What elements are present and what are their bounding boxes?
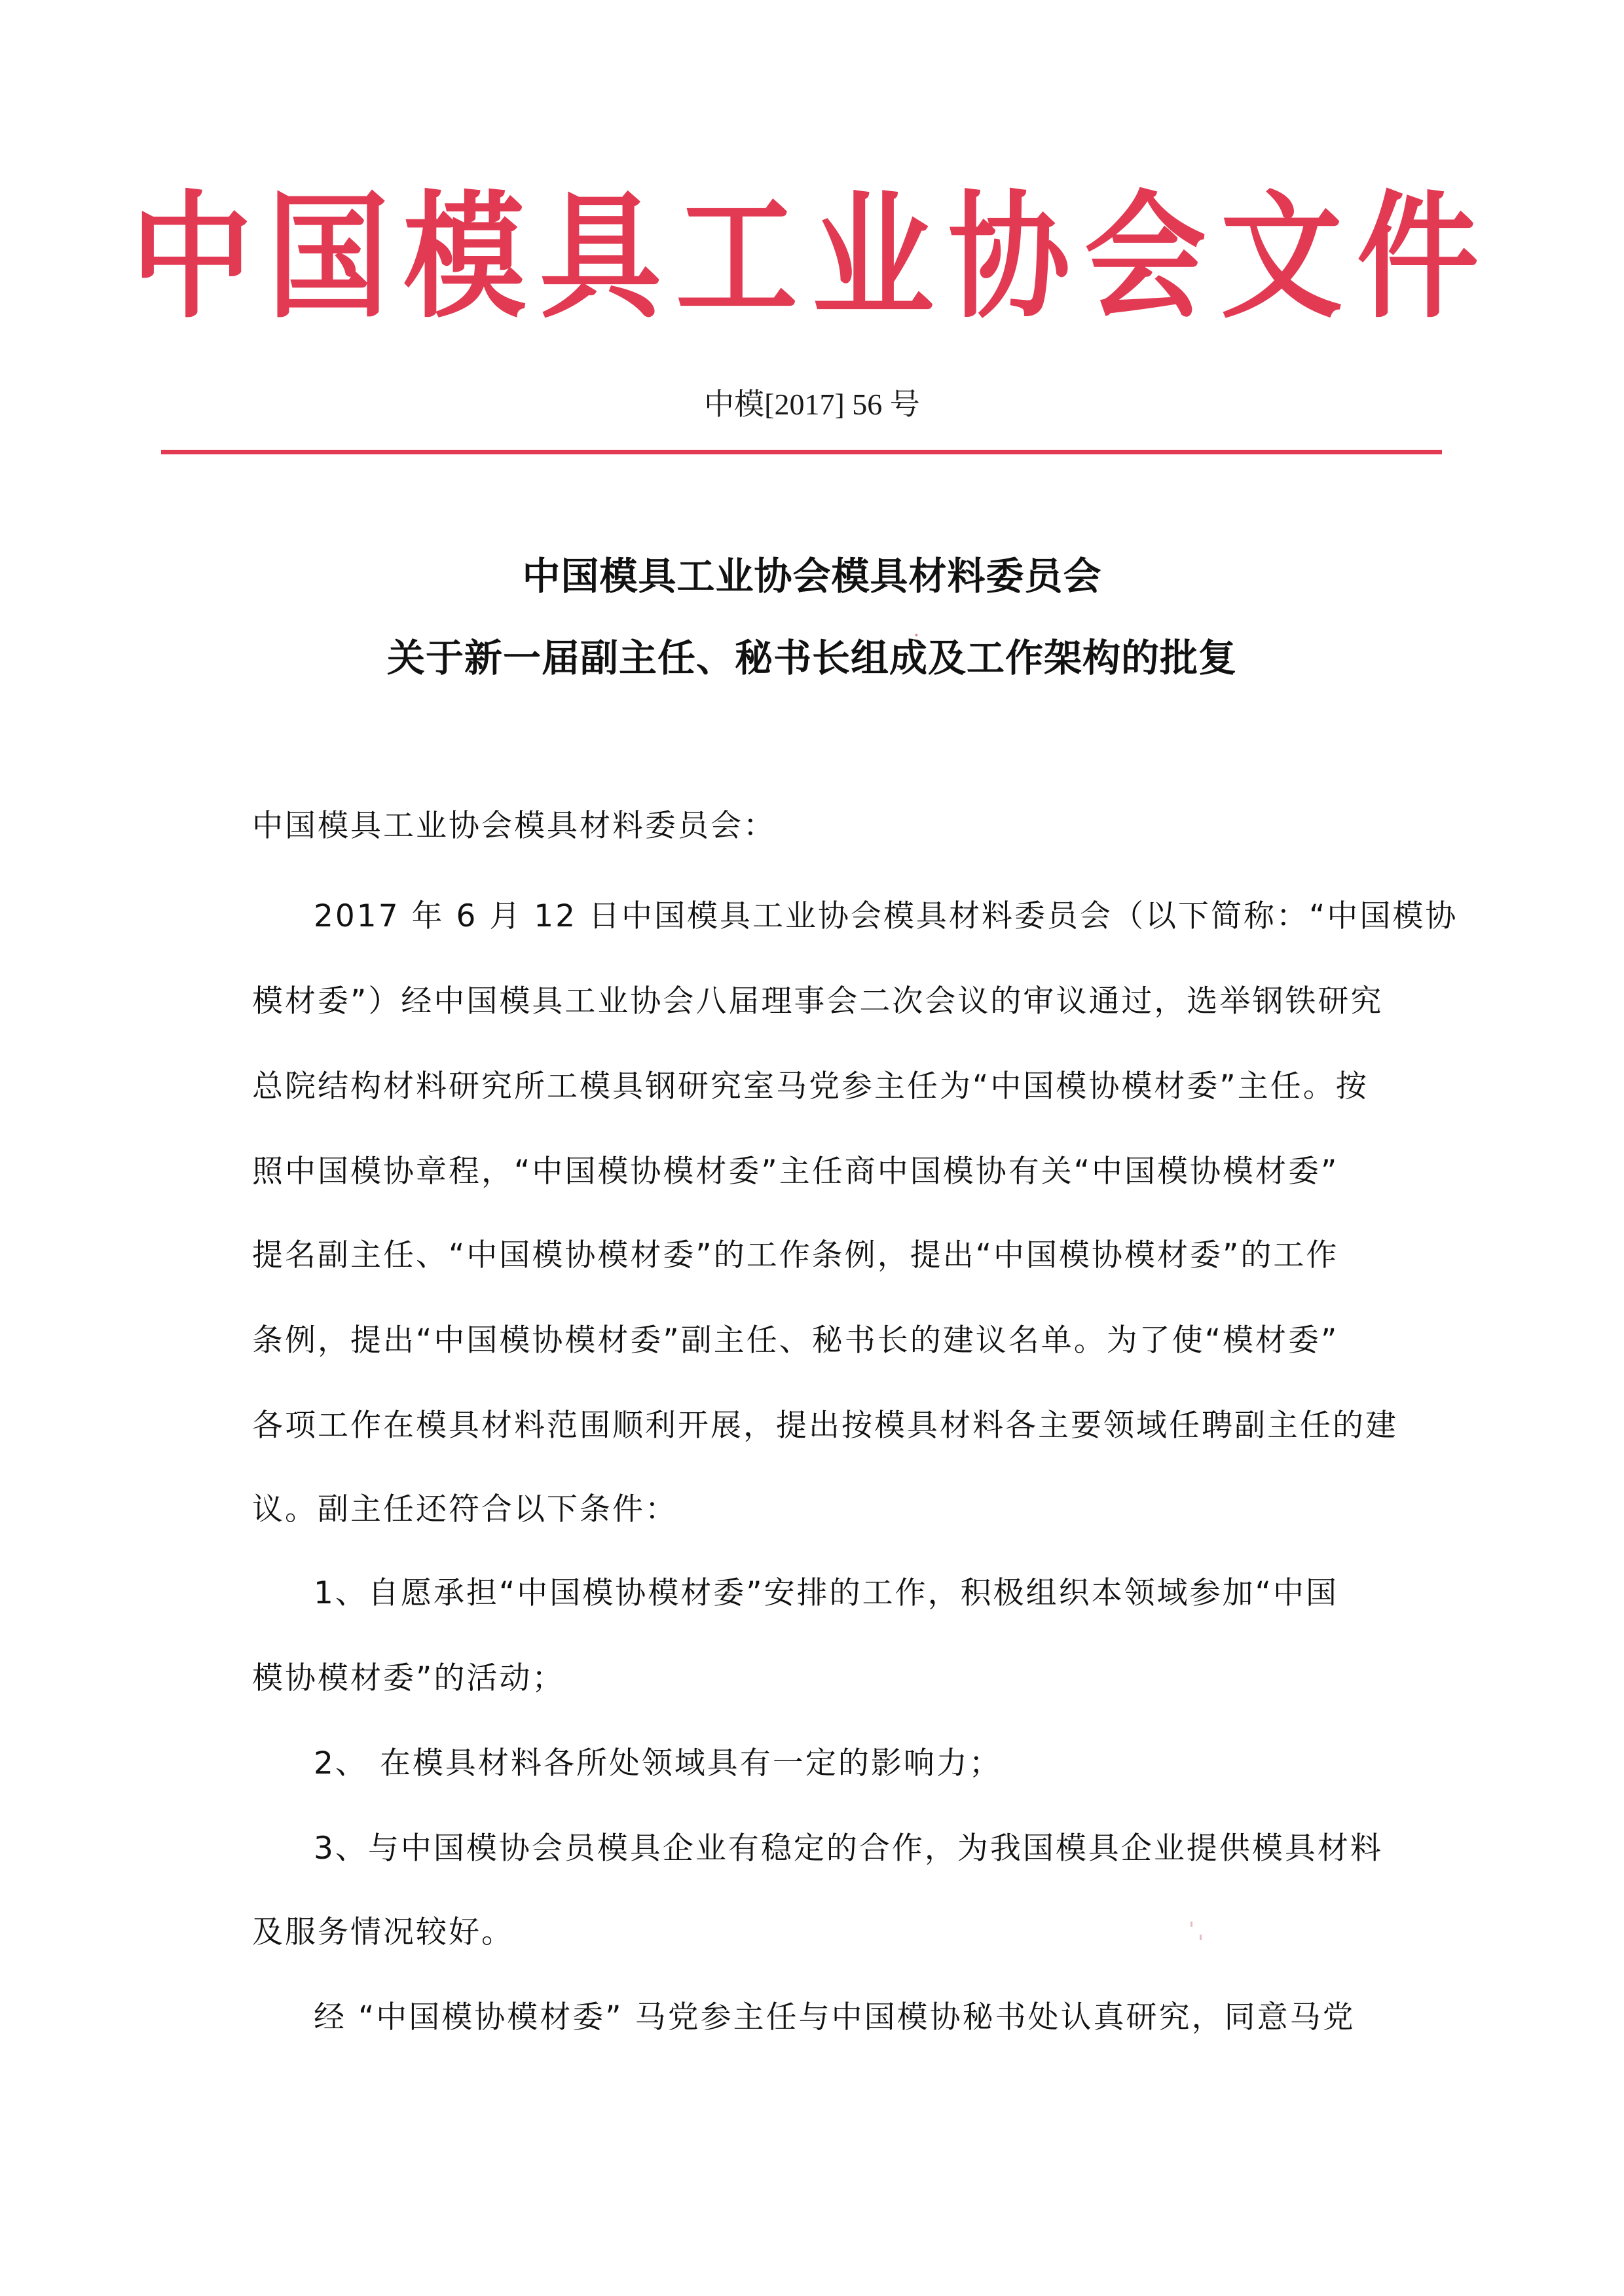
scan-artifact — [1190, 1922, 1192, 1927]
red-divider-rule — [161, 450, 1442, 454]
body-line: 条例，提出“中国模协模材委”副主任、秘书长的建议名单。为了使“模材委” — [252, 1321, 1338, 1360]
condition-item-1: 1、自愿承担“中国模协模材委”安排的工作，积极组织本领域参加“中国 — [314, 1574, 1338, 1613]
body-line: 各项工作在模具材料范围顺利开展，提出按模具材料各主要领域任聘副主任的建 — [252, 1406, 1398, 1446]
salutation: 中国模具工业协会模具材料委员会： — [252, 807, 776, 846]
body-line: 议。副主任还符合以下条件： — [252, 1490, 678, 1529]
document-title-line-1: 中国模具工业协会模具材料委员会 — [0, 553, 1624, 599]
body-line: 提名副主任、“中国模协模材委”的工作条例，提出“中国模协模材委”的工作 — [252, 1236, 1338, 1275]
condition-item-2: 2、 在模具材料各所处领域具有一定的影响力； — [314, 1744, 1002, 1783]
body-line: 2017 年 6 月 12 日中国模具工业协会模具材料委员会（以下简称：“中国模… — [314, 897, 1458, 936]
condition-item-1-cont: 模协模材委”的活动； — [252, 1659, 564, 1698]
document-number: 中模[2017] 56 号 — [0, 385, 1624, 424]
body-line: 总院结构材料研究所工模具钢研究室马党参主任为“中国模协模材委”主任。按 — [252, 1067, 1369, 1106]
scan-artifact — [1200, 1935, 1202, 1940]
body-line: 经 “中国模协模材委” 马党参主任与中国模协秘书处认真研究，同意马党 — [314, 1998, 1356, 2037]
condition-item-3-cont: 及服务情况较好。 — [252, 1913, 514, 1952]
scan-artifact — [915, 634, 917, 636]
body-line: 照中国模协章程，“中国模协模材委”主任商中国模协有关“中国模协模材委” — [252, 1152, 1338, 1192]
body-line: 模材委”）经中国模具工业协会八届理事会二次会议的审议通过，选举钢铁研究 — [252, 982, 1383, 1021]
condition-item-3: 3、与中国模协会员模具企业有稳定的合作，为我国模具企业提供模具材料 — [314, 1829, 1383, 1868]
document-title-line-2: 关于新一届副主任、秘书长组成及工作架构的批复 — [0, 635, 1624, 681]
letterhead-title: 中国模具工业协会文件 — [0, 177, 1624, 338]
